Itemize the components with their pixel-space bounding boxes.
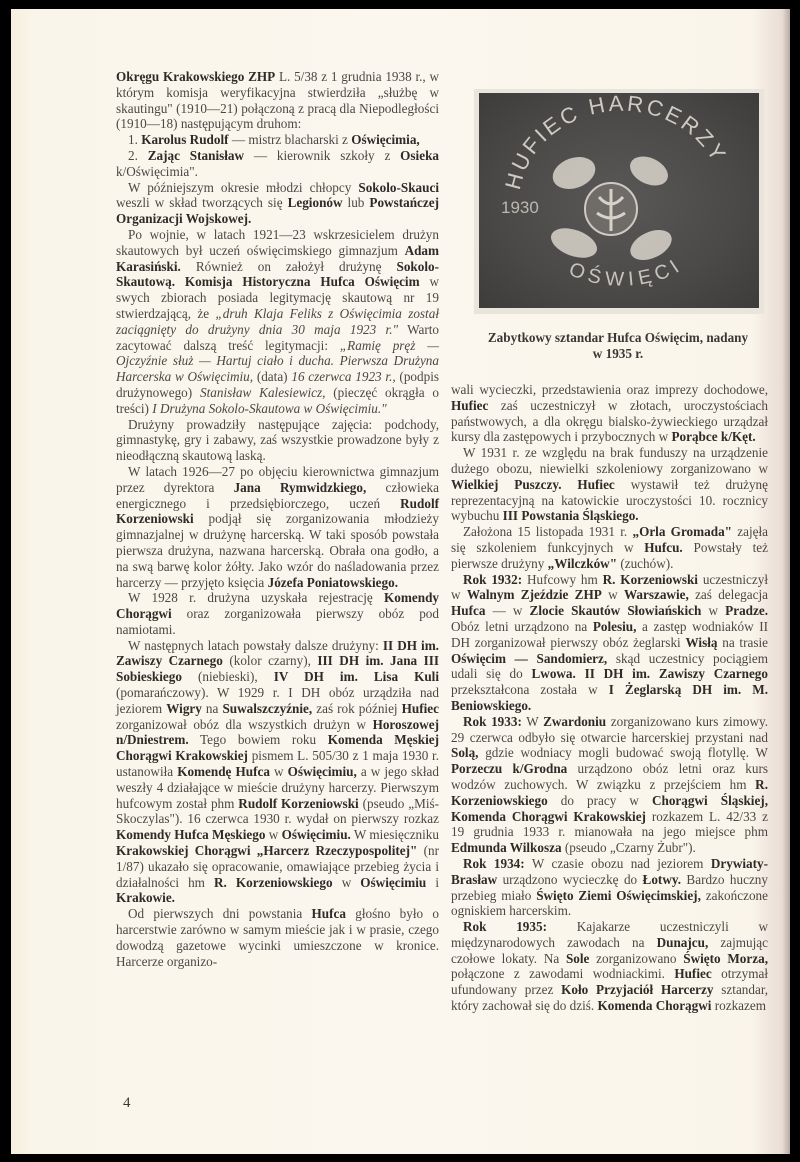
- bold-text: Warszawie,: [624, 587, 689, 602]
- italic-quote: I Drużyna Sokolo-Skautowa w Oświęcimiu.": [152, 401, 386, 416]
- bold-text: Łotwy.: [643, 872, 681, 887]
- text-run: weszli w skład tworzących się: [116, 195, 288, 210]
- paragraph: Od pierwszych dni powstania Hufca głośno…: [116, 906, 439, 969]
- text-run: w: [701, 603, 725, 618]
- page-number: 4: [123, 1095, 131, 1112]
- bold-text: Pradze.: [725, 603, 768, 618]
- text-run: Hufcowy hm: [522, 572, 603, 587]
- text-run: w: [333, 875, 361, 890]
- text-run: zorganizował obóz dla wszystkich drużyn …: [116, 717, 373, 732]
- bold-text: Edmunda Wilkosza: [451, 840, 562, 855]
- paragraph: Rok 1932: Hufcowy hm R. Korzeniowski ucz…: [451, 572, 768, 714]
- left-column: Okręgu Krakowskiego ZHP L. 5/38 z 1 grud…: [116, 69, 439, 969]
- paragraph: Rok 1935: Kajakarze uczestniczyli w międ…: [451, 919, 768, 1014]
- bold-text: Rok 1935:: [463, 919, 547, 934]
- bold-text: Komendy Hufca Męskiego: [116, 827, 265, 842]
- bold-text: Rudolf Korzeniowski: [238, 796, 358, 811]
- bold-text: R. Korzeniowski: [603, 572, 698, 587]
- text-run: lub: [343, 195, 370, 210]
- text-run: Drużyny prowadziły następujące zajęcia: …: [116, 417, 439, 464]
- bold-text: Zlocie Skautów Słowiańskich: [530, 603, 702, 618]
- bold-text: Polesiu,: [593, 619, 637, 634]
- text-run: W miesięczniku: [351, 827, 439, 842]
- bold-text: Karolus Rudolf: [141, 132, 228, 147]
- text-run: W późniejszym okresie młodzi chłopcy: [128, 180, 358, 195]
- paragraph: Założona 15 listopada 1931 r. „Orla Grom…: [451, 524, 768, 571]
- figure-caption: Zabytkowy sztandar Hufca Oświęcim, nadan…: [463, 330, 773, 361]
- paragraph: Drużyny prowadziły następujące zajęcia: …: [116, 417, 439, 464]
- text-run: Założona 15 listopada 1931 r.: [463, 524, 632, 539]
- right-column: wali wycieczki, przedstawienia oraz impr…: [451, 382, 768, 1014]
- text-run: W następnych latach powstały dalsze druż…: [128, 638, 383, 653]
- bold-text: Porzeczu k/Grodna: [451, 761, 567, 776]
- paragraph: 2. Zając Stanisław — kierownik szkoły z …: [116, 148, 439, 180]
- bold-text: Hufiec: [402, 701, 439, 716]
- bold-text: Hufca: [451, 603, 485, 618]
- bold-text: Koło Przyjaciół Harcerzy: [561, 982, 713, 997]
- bold-text: Wielkiej Puszczy. Hufiec: [451, 477, 615, 492]
- text-run: 1.: [128, 132, 141, 147]
- text-run: gdzie wodniacy mogli budować swoją floty…: [478, 745, 768, 760]
- banner-photo: HUFIEC HARCERZY 1930 OŚWIĘCIM: [474, 89, 764, 314]
- bold-text: Święto Ziemi Oświęcimskiej,: [536, 888, 701, 903]
- banner-emblem-icon: HUFIEC HARCERZY 1930 OŚWIĘCIM: [479, 93, 759, 308]
- book-page: Okręgu Krakowskiego ZHP L. 5/38 z 1 grud…: [11, 9, 790, 1154]
- text-run: zaś delegacja: [689, 587, 768, 602]
- bold-text: Rok 1934:: [463, 856, 525, 871]
- bold-text: Okręgu Krakowskiego ZHP: [116, 69, 275, 84]
- bold-text: Oświęcimiu: [360, 875, 426, 890]
- paragraph: W 1928 r. drużyna uzyskała rejestrację K…: [116, 590, 439, 637]
- bold-text: Hufiec: [451, 398, 488, 413]
- bold-text: Jana Rymwidzkiego,: [234, 480, 367, 495]
- text-run: (kolor czarny),: [223, 653, 318, 668]
- bold-text: Sokolo-Skauci: [358, 180, 439, 195]
- text-run: W 1928 r. drużyna uzyskała rejestrację: [128, 590, 384, 605]
- text-run: (pseudo „Czarny Żubr").: [562, 840, 696, 855]
- bold-text: Porąbce k/Kęt.: [671, 429, 755, 444]
- italic-quote: Stanisław Kalesiewicz,: [200, 385, 325, 400]
- scout-banner-image: HUFIEC HARCERZY 1930 OŚWIĘCIM: [479, 93, 759, 308]
- caption-line: w 1935 r.: [463, 346, 773, 362]
- svg-text:OŚWIĘCIM: OŚWIĘCIM: [479, 93, 687, 291]
- paragraph: W następnych latach powstały dalsze druż…: [116, 638, 439, 907]
- bold-text: Zając Stanisław: [148, 148, 244, 163]
- text-run: zorganizowano: [589, 951, 683, 966]
- bold-text: Komendę Hufca: [177, 764, 270, 779]
- bold-text: Józefa Poniatowskiego.: [268, 575, 398, 590]
- text-run: k/Oświęcimia".: [116, 164, 198, 179]
- text-run: i: [426, 875, 439, 890]
- bold-text: Krakowie.: [116, 890, 175, 905]
- paragraph: W późniejszym okresie młodzi chłopcy Sok…: [116, 180, 439, 227]
- text-run: Po wojnie, w latach 1921—23 wskrzesiciel…: [116, 227, 439, 258]
- text-run: do pracy w: [548, 793, 652, 808]
- bold-text: Krakowskiej Chorągwi „Harcerz Rzeczyposp…: [116, 843, 417, 858]
- svg-text:HUFIEC HARCERZY: HUFIEC HARCERZY: [500, 93, 732, 192]
- paragraph: Rok 1934: W czasie obozu nad jeziorem Dr…: [451, 856, 768, 919]
- paragraph: wali wycieczki, przedstawienia oraz impr…: [451, 382, 768, 445]
- bold-text: Dunajcu,: [657, 935, 709, 950]
- bold-text: Hufcu.: [644, 540, 682, 555]
- text-run: w: [270, 764, 288, 779]
- bold-text: Wisłą: [685, 635, 717, 650]
- bold-text: „Orla Gromada": [632, 524, 732, 539]
- bold-text: Oświęcimiu.: [282, 827, 351, 842]
- paragraph: 1. Karolus Rudolf — mistrz blacharski z …: [116, 132, 439, 148]
- bold-text: Hufiec: [674, 966, 711, 981]
- bold-text: Walnym Zjeździe ZHP: [467, 587, 602, 602]
- bold-text: Wigry: [166, 701, 202, 716]
- text-run: przekształcona została w: [451, 682, 609, 697]
- bold-text: IV DH im. Lisa Kuli: [274, 669, 439, 684]
- bold-text: Rok 1932:: [463, 572, 522, 587]
- bold-text: Hufca: [312, 906, 346, 921]
- text-run: urządzono wycieczkę do: [497, 872, 642, 887]
- text-run: rozkazem: [711, 998, 766, 1013]
- text-run: — kierownik szkoły z: [244, 148, 400, 163]
- bold-text: R. Korzeniowskiego: [214, 875, 333, 890]
- text-run: w: [265, 827, 281, 842]
- text-run: wali wycieczki, przedstawienia oraz impr…: [451, 382, 768, 397]
- bold-text: „Wilczków": [548, 556, 617, 571]
- paragraph: W latach 1926—27 po objęciu kierownictwa…: [116, 464, 439, 590]
- bold-text: Suwalszczyźnie,: [222, 701, 312, 716]
- text-run: na: [202, 701, 223, 716]
- text-run: na trasie: [717, 635, 768, 650]
- text-run: zaś rok później: [312, 701, 401, 716]
- bold-text: Solą,: [451, 745, 478, 760]
- text-run: w: [602, 587, 624, 602]
- paragraph: Rok 1933: W Zwardoniu zorganizowano kurs…: [451, 714, 768, 856]
- bold-text: Święto Morza,: [683, 951, 768, 966]
- bold-text: Komenda Chorągwi: [598, 998, 712, 1013]
- text-run: W czasie obozu nad jeziorem: [525, 856, 711, 871]
- svg-text:1930: 1930: [501, 198, 539, 217]
- bold-text: Oświęcim — Sandomierz,: [451, 651, 607, 666]
- text-run: — w: [485, 603, 529, 618]
- bold-text: Oświęcimia,: [351, 132, 420, 147]
- italic-quote: 16 czerwca 1923 r.,: [291, 369, 395, 384]
- text-run: Obóz letni urządzono na: [451, 619, 593, 634]
- text-run: W 1931 r. ze względu na brak funduszy na…: [451, 445, 768, 476]
- text-run: (niebieski),: [182, 669, 274, 684]
- bold-text: Sole: [566, 951, 589, 966]
- text-run: — mistrz blacharski z: [229, 132, 352, 147]
- text-run: połączone z zawodami wodniackimi.: [451, 966, 674, 981]
- text-run: Również on założył drużynę: [181, 259, 397, 274]
- text-run: (zuchów).: [617, 556, 673, 571]
- bold-text: III Powstania Śląskiego.: [503, 508, 639, 523]
- bold-text: Rok 1933:: [463, 714, 522, 729]
- bold-text: Oświęcimiu,: [288, 764, 357, 779]
- bold-text: Lwowa. II DH im. Zawiszy Czarnego: [532, 666, 768, 681]
- text-run: Tego bowiem roku: [189, 732, 328, 747]
- text-run: 2.: [128, 148, 148, 163]
- paragraph: Okręgu Krakowskiego ZHP L. 5/38 z 1 grud…: [116, 69, 439, 132]
- bold-text: Osieka: [400, 148, 439, 163]
- text-run: Od pierwszych dni powstania: [128, 906, 312, 921]
- paragraph: Po wojnie, w latach 1921—23 wskrzesiciel…: [116, 227, 439, 417]
- bold-text: Legionów: [288, 195, 343, 210]
- paragraph: W 1931 r. ze względu na brak funduszy na…: [451, 445, 768, 524]
- caption-line: Zabytkowy sztandar Hufca Oświęcim, nadan…: [463, 330, 773, 346]
- text-run: (data): [253, 369, 291, 384]
- text-run: W: [522, 714, 543, 729]
- bold-text: Zwardoniu: [543, 714, 606, 729]
